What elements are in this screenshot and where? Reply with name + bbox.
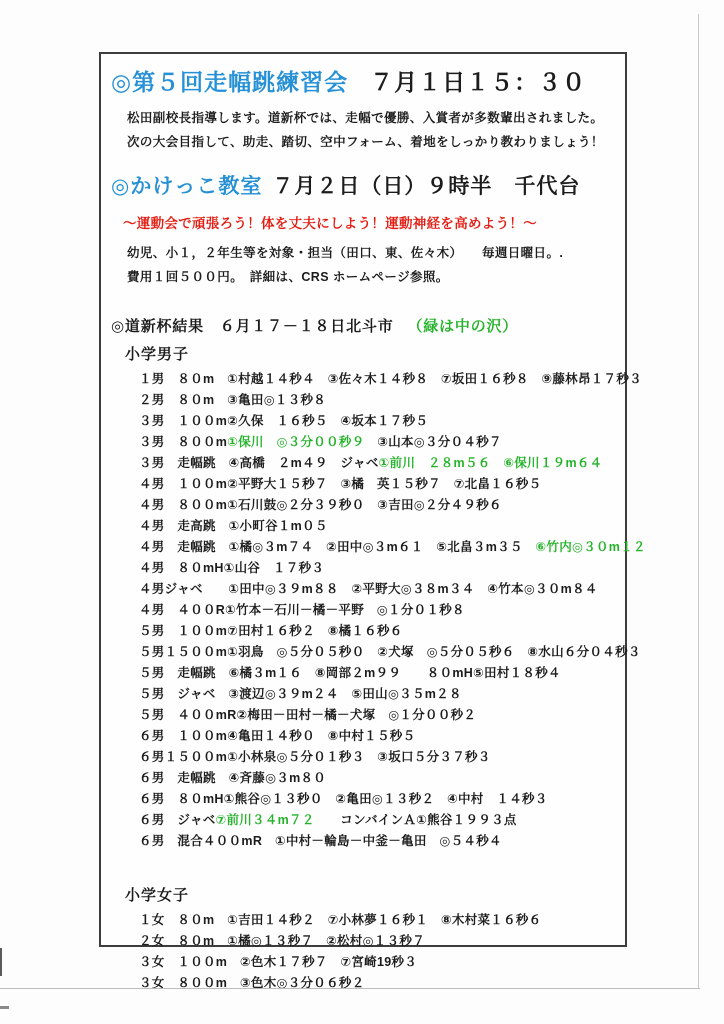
scan-artifact-mark-left xyxy=(0,948,2,976)
result-segment-highlight: ⑦前川３４m７２ xyxy=(216,813,315,827)
scan-edge-line-right xyxy=(698,14,699,988)
result-row: ５男１５００m①羽鳥 ◎５分０５秒０ ②犬塚 ◎５分０５秒６ ⑧水山６分０４秒３ xyxy=(139,642,625,663)
scan-artifact-mark-corner xyxy=(0,1006,9,1009)
result-segment: コンバインＡ①熊谷１９９３点 xyxy=(315,813,517,827)
result-segment: ６男 走幅跳 ④斉藤◎３m８０ xyxy=(139,771,326,785)
result-segment: ６男１５００m①小林泉◎５分０１秒３ ③坂口５分３７秒３ xyxy=(139,750,491,764)
results-green-note: （緑は中の沢） xyxy=(408,318,519,335)
result-segment-highlight: ①保川 ◎３分００秒９ xyxy=(227,435,364,449)
result-row: ６男１５００m①小林泉◎５分０１秒３ ③坂口５分３７秒３ xyxy=(139,747,625,768)
practice-session-description: 松田副校長指導します。道新杯では、走幅で優勝、入賞者が多数輩出されました。 次の… xyxy=(127,106,625,154)
result-row: ５男 走幅跳 ⑥橘３m１６ ⑧岡部２m９９ ８０mH⑤田村１８秒４ xyxy=(139,663,625,684)
result-row: ５男 １００m⑦田村１６秒２ ⑧橘１６秒６ xyxy=(139,621,625,642)
result-segment-highlight: ⑥竹内◎３０m１２ xyxy=(536,540,646,554)
result-segment: ６男 １００m④亀田１４秒０ ⑧中村１５秒５ xyxy=(139,729,415,743)
result-segment: ４男ジャベ ①田中◎３９m８８ ②平野大◎３８m３４ ④竹本◎３０m８４ xyxy=(139,582,598,596)
result-segment: ３男 １００m②久保 １６秒５ ④坂本１７秒５ xyxy=(139,414,428,428)
result-segment: ３女 １００m ②色木１７秒７ ⑦宮崎19秒３ xyxy=(139,955,417,969)
practice-session-heading: ◎第５回走幅跳練習会７月１日１５：３０ xyxy=(111,64,625,97)
result-row: １女 ８０m ①吉田１４秒２ ⑦小林夢１６秒１ ⑧木村菜１６秒６ xyxy=(139,910,625,931)
kakekko-slogan: ～運動会で頑張ろう！体を丈夫にしよう！運動神経を高めよう！～ xyxy=(123,212,625,232)
scanned-notice-page: ◎第５回走幅跳練習会７月１日１５：３０ 松田副校長指導します。道新杯では、走幅で… xyxy=(0,0,724,1024)
result-segment: ４男 ８００m①石川鼓◎２分３９秒０ ③吉田◎２分４９秒６ xyxy=(139,498,502,512)
result-segment: １男 ８０m ①村越１４秒４ ③佐々木１４秒８ ⑦坂田１６秒８ ⑨藤林昂１７秒３ xyxy=(139,372,642,386)
result-row: ６男 １００m④亀田１４秒０ ⑧中村１５秒５ xyxy=(139,726,625,747)
boys-section-heading: 小学男子 xyxy=(125,343,625,364)
practice-description-line-2: 次の大会目指して、助走、踏切、空中フォーム、着地をしっかり教わりましょう！ xyxy=(127,130,625,154)
result-segment: ４男 ４００R①竹本－石川－橘－平野 ◎１分０１秒８ xyxy=(139,603,465,617)
result-segment: ５男１５００m①羽鳥 ◎５分０５秒０ ②犬塚 ◎５分０５秒６ ⑧水山６分０４秒３ xyxy=(139,645,641,659)
result-segment: ４男 走幅跳 ①橘◎３m７４ ②田中◎３m６１ ⑤北畠３m３５ xyxy=(139,540,536,554)
result-row: ６男 ８０mH①熊谷◎１３秒０ ②亀田◎１３秒２ ④中村 １４秒３ xyxy=(139,789,625,810)
result-segment: ６男 ジャベ xyxy=(139,813,216,827)
result-row: ６男 ジャベ⑦前川３４m７２ コンバインＡ①熊谷１９９３点 xyxy=(139,810,625,831)
result-segment: ５男 ４００mR②梅田－田村－橘－犬塚 ◎１分００秒２ xyxy=(139,708,476,722)
kakekko-description-line-1: 幼児、小１，２年生等を対象・担当（田口、東、佐々木） 毎週日曜日。. xyxy=(127,241,625,265)
result-row: ６男 混合４００mR ①中村－輪島－中釜－亀田 ◎５４秒４ xyxy=(139,831,625,852)
kakekko-class-datetime: ７月２日（日）９時半 千代台 xyxy=(272,175,580,198)
girls-section-heading: 小学女子 xyxy=(125,884,625,905)
boys-results-list: １男 ８０m ①村越１４秒４ ③佐々木１４秒８ ⑦坂田１６秒８ ⑨藤林昂１７秒３… xyxy=(139,369,625,852)
result-row: ２男 ８０m ③亀田◎１３秒８ xyxy=(139,390,625,411)
result-row: ３男 ８００m①保川 ◎３分００秒９ ③山本◎３分０４秒７ xyxy=(139,432,625,453)
result-row: ４男 走幅跳 ①橘◎３m７４ ②田中◎３m６１ ⑤北畠３m３５ ⑥竹内◎３０m１… xyxy=(139,537,625,558)
result-row: １男 ８０m ①村越１４秒４ ③佐々木１４秒８ ⑦坂田１６秒８ ⑨藤林昂１７秒３ xyxy=(139,369,625,390)
practice-session-title: ◎第５回走幅跳練習会 xyxy=(111,69,348,95)
kakekko-description-line-2: 費用１回５００円。 詳細は、CRS ホームページ参照。 xyxy=(127,265,625,289)
result-row: ３女 １００m ②色木１７秒７ ⑦宮崎19秒３ xyxy=(139,952,625,973)
result-segment: １女 ８０m ①吉田１４秒２ ⑦小林夢１６秒１ ⑧木村菜１６秒６ xyxy=(139,913,541,927)
results-title-text: ◎道新杯結果 ６月１７－１８日北斗市 xyxy=(111,318,394,335)
result-segment: ４男 １００m②平野大１５秒７ ③橘 英１５秒７ ⑦北畠１６秒５ xyxy=(139,477,541,491)
result-row: ３男 走幅跳 ④高橋 ２m４９ ジャベ①前川 ２８m５６ ⑥保川１９m６４ xyxy=(139,453,625,474)
result-row: ６男 走幅跳 ④斉藤◎３m８０ xyxy=(139,768,625,789)
practice-session-datetime: ７月１日１５：３０ xyxy=(370,69,586,95)
result-row: ４男 １００m②平野大１５秒７ ③橘 英１５秒７ ⑦北畠１６秒５ xyxy=(139,474,625,495)
girls-results-list: １女 ８０m ①吉田１４秒２ ⑦小林夢１６秒１ ⑧木村菜１６秒６２女 ８０m ①… xyxy=(139,910,625,994)
result-row: ２女 ８０m ①橘◎１３秒７ ②松村◎１３秒７ xyxy=(139,931,625,952)
result-row: ５男 ジャベ ③渡辺◎３９m２４ ⑤田山◎３５m２８ xyxy=(139,684,625,705)
result-row: ５男 ４００mR②梅田－田村－橘－犬塚 ◎１分００秒２ xyxy=(139,705,625,726)
result-row: ４男 走高跳 ①小町谷１m０５ xyxy=(139,516,625,537)
result-segment: ２男 ８０m ③亀田◎１３秒８ xyxy=(139,393,326,407)
result-row: ４男 ８００m①石川鼓◎２分３９秒０ ③吉田◎２分４９秒６ xyxy=(139,495,625,516)
kakekko-class-description: 幼児、小１，２年生等を対象・担当（田口、東、佐々木） 毎週日曜日。. 費用１回５… xyxy=(127,241,625,289)
document-frame: ◎第５回走幅跳練習会７月１日１５：３０ 松田副校長指導します。道新杯では、走幅で… xyxy=(99,52,627,947)
result-segment: ４男 ８０mH①山谷 １７秒３ xyxy=(139,561,324,575)
result-segment: ６男 混合４００mR ①中村－輪島－中釜－亀田 ◎５４秒４ xyxy=(139,834,502,848)
result-row: ３男 １００m②久保 １６秒５ ④坂本１７秒５ xyxy=(139,411,625,432)
result-segment: ５男 １００m⑦田村１６秒２ ⑧橘１６秒６ xyxy=(139,624,403,638)
result-segment: ５男 ジャベ ③渡辺◎３９m２４ ⑤田山◎３５m２８ xyxy=(139,687,462,701)
result-row: ４男 ８０mH①山谷 １７秒３ xyxy=(139,558,625,579)
result-segment: ６男 ８０mH①熊谷◎１３秒０ ②亀田◎１３秒２ ④中村 １４秒３ xyxy=(139,792,548,806)
result-row: ３女 ８００m ③色木◎３分０６秒２ xyxy=(139,973,625,994)
practice-description-line-1: 松田副校長指導します。道新杯では、走幅で優勝、入賞者が多数輩出されました。 xyxy=(127,106,625,130)
result-segment: ③山本◎３分０４秒７ xyxy=(365,435,502,449)
result-segment: ３男 走幅跳 ④高橋 ２m４９ ジャベ xyxy=(139,456,379,470)
kakekko-class-heading: ◎かけっこ教室７月２日（日）９時半 千代台 xyxy=(111,170,625,200)
result-row: ４男ジャベ ①田中◎３９m８８ ②平野大◎３８m３４ ④竹本◎３０m８４ xyxy=(139,579,625,600)
results-heading: ◎道新杯結果 ６月１７－１８日北斗市（緑は中の沢） xyxy=(111,315,625,336)
result-segment: ２女 ８０m ①橘◎１３秒７ ②松村◎１３秒７ xyxy=(139,934,425,948)
result-segment: ４男 走高跳 ①小町谷１m０５ xyxy=(139,519,328,533)
result-segment: ３男 ８００m xyxy=(139,435,227,449)
result-segment: ５男 走幅跳 ⑥橘３m１６ ⑧岡部２m９９ ８０mH⑤田村１８秒４ xyxy=(139,666,561,680)
kakekko-class-title: ◎かけっこ教室 xyxy=(111,175,262,198)
scan-edge-line-bottom xyxy=(0,988,700,989)
result-row: ４男 ４００R①竹本－石川－橘－平野 ◎１分０１秒８ xyxy=(139,600,625,621)
result-segment-highlight: ①前川 ２８m５６ ⑥保川１９m６４ xyxy=(379,456,603,470)
